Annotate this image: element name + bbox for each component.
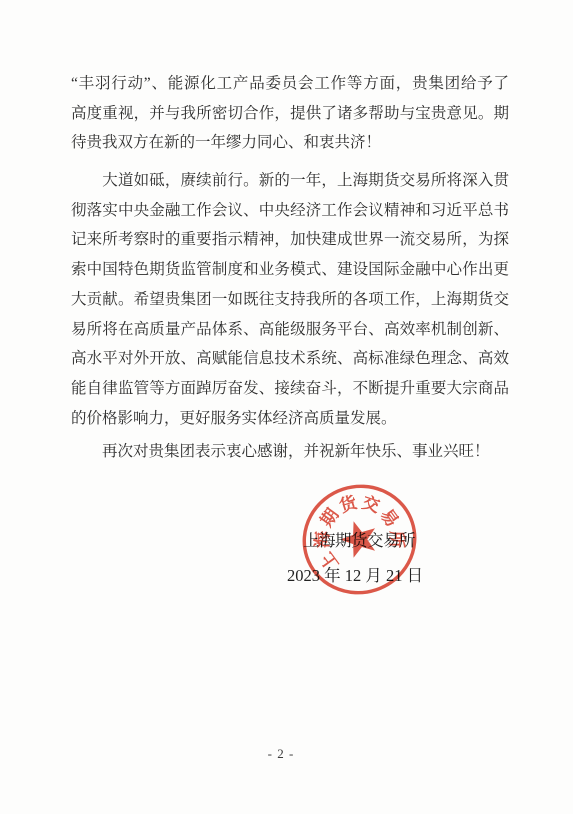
seal-char: 期 — [316, 505, 342, 531]
seal-char: 交 — [360, 492, 382, 516]
paragraph: 大道如砥，赓续前行。新的一年，上海期货交易所将深入贯彻落实中央金融工作会议、中央… — [71, 166, 509, 433]
seal-char: 货 — [337, 492, 360, 517]
text-line: “丰羽行动”、能源化工产品委员会工作等方面，贵集团给予了 — [71, 69, 509, 99]
paragraph: “丰羽行动”、能源化工产品委员会工作等方面，贵集团给予了高度重视，并与我所密切合… — [71, 69, 509, 158]
seal-char: 所 — [387, 531, 407, 548]
text-line: 的价格影响力，更好服务实体经济高质量发展。 — [71, 404, 509, 434]
seal-star-icon — [336, 516, 381, 560]
text-line: 大道如砥，赓续前行。新的一年，上海期货交易所将深入贯 — [71, 166, 509, 196]
text-line: 再次对贵集团表示衷心感谢，并祝新年快乐、事业兴旺！ — [71, 437, 509, 467]
page-number: - 2 - — [0, 746, 562, 762]
text-line: 能自律监管等方面踔厉奋发、接续奋斗，不断提升重要大宗商品 — [71, 374, 509, 404]
text-line: 彻落实中央金融工作会议、中央经济工作会议精神和习近平总书 — [71, 196, 509, 226]
paragraph: 再次对贵集团表示衷心感谢，并祝新年快乐、事业兴旺！ — [71, 437, 509, 467]
seal-char: 易 — [377, 505, 402, 530]
official-seal-stamp: 上海期货交易所 — [300, 483, 419, 596]
seal-group: 上海期货交易所 — [300, 483, 419, 596]
text-line: 记来所考察时的重要指示精神，加快建成世界一流交易所，为探 — [71, 225, 509, 255]
scanned-letter-page: “丰羽行动”、能源化工产品委员会工作等方面，贵集团给予了高度重视，并与我所密切合… — [0, 0, 573, 814]
seal-char: 上 — [316, 549, 342, 575]
seal-char: 海 — [312, 530, 332, 548]
text-line: 高水平对外开放、高赋能信息技术系统、高标准绿色理念、高效 — [71, 344, 509, 374]
text-line: 待贵我双方在新的一年缪力同心、和衷共济！ — [71, 128, 509, 158]
text-line: 大贡献。希望贵集团一如既往支持我所的各项工作，上海期货交 — [71, 285, 509, 315]
letter-body: “丰羽行动”、能源化工产品委员会工作等方面，贵集团给予了高度重视，并与我所密切合… — [71, 69, 509, 467]
text-line: 高度重视，并与我所密切合作，提供了诸多帮助与宝贵意见。期 — [71, 99, 509, 129]
text-line: 易所将在高质量产品体系、高能级服务平台、高效率机制创新、 — [71, 315, 509, 345]
text-line: 索中国特色期货监管制度和业务模式、建设国际金融中心作出更 — [71, 255, 509, 285]
